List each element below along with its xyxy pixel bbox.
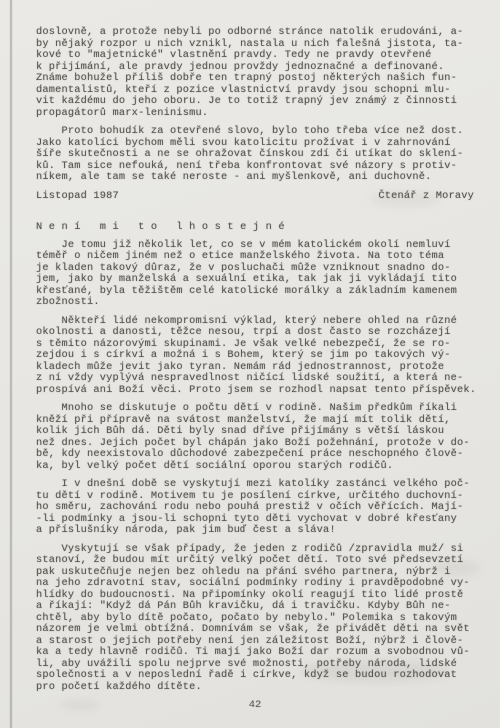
page-footer: 42 bbox=[36, 694, 474, 712]
dateline: Listopad 1987 Čtenář z Moravy bbox=[36, 191, 474, 203]
paragraph: Někteří lidé nekompromisní výklad, který… bbox=[36, 316, 474, 397]
paragraph: Mnoho se diskutuje o počtu dětí v rodině… bbox=[36, 403, 474, 472]
page-edge-line bbox=[10, 0, 12, 728]
date-text: Listopad 1987 bbox=[36, 191, 119, 203]
page-text: doslovně, a protože nebyli po odborné st… bbox=[36, 27, 474, 700]
article-title: N e n í m i t o l h o s t e j n é bbox=[36, 222, 474, 234]
paragraph: doslovně, a protože nebyli po odborné st… bbox=[36, 27, 474, 119]
page-number: 42 bbox=[249, 699, 262, 711]
signature-text: Čtenář z Moravy bbox=[378, 191, 474, 203]
scanned-page: doslovně, a protože nebyli po odborné st… bbox=[0, 0, 500, 728]
paragraph: I v dnešní době se vyskytují mezi katolí… bbox=[36, 479, 474, 537]
paragraph: Je tomu již několik let, co se v mém kat… bbox=[36, 240, 474, 309]
paragraph: Proto bohudík za otevřené slovo, bylo to… bbox=[36, 126, 474, 184]
paragraph: Vyskytují se však případy, že jeden z ro… bbox=[36, 544, 474, 694]
